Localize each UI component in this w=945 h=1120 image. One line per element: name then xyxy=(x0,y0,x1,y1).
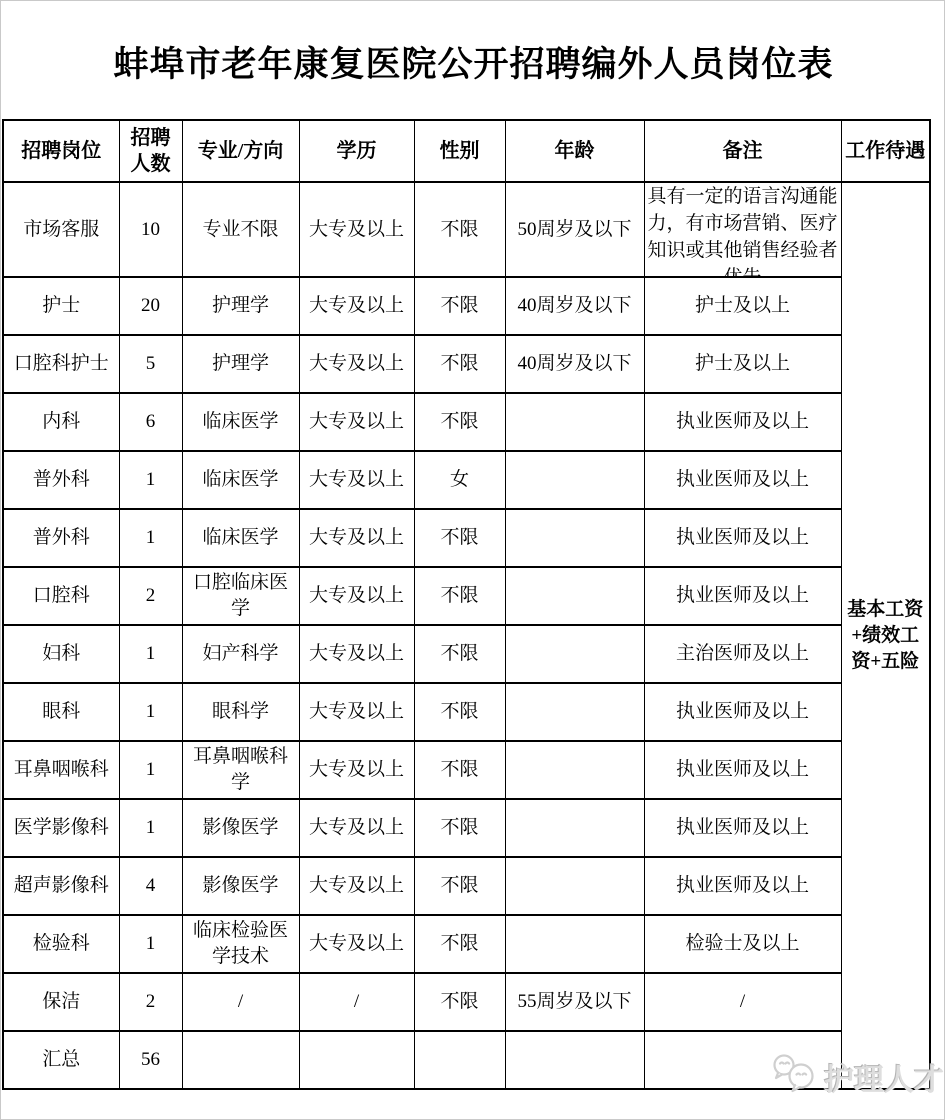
benefit-cell: 基本工资+绩效工资+五险 xyxy=(841,182,930,1089)
cell-major: 临床检验医学技术 xyxy=(182,915,299,973)
cell-major: 妇产科学 xyxy=(182,625,299,683)
col-header-remark: 备注 xyxy=(644,120,841,182)
cell-education: 大专及以上 xyxy=(299,182,414,277)
cell-major: 护理学 xyxy=(182,335,299,393)
cell-position: 耳鼻咽喉科 xyxy=(3,741,119,799)
cell-gender: 不限 xyxy=(414,509,505,567)
cell-remark: 具有一定的语言沟通能力，有市场营销、医疗知识或其他销售经验者优先 xyxy=(644,182,841,277)
cell-age xyxy=(505,915,644,973)
cell-age: 40周岁及以下 xyxy=(505,335,644,393)
cell-age xyxy=(505,451,644,509)
cell-major: 耳鼻咽喉科学 xyxy=(182,741,299,799)
col-header-benefit: 工作待遇 xyxy=(841,120,930,182)
cell-count: 6 xyxy=(119,393,182,451)
cell-major: 专业不限 xyxy=(182,182,299,277)
cell-position: 内科 xyxy=(3,393,119,451)
cell-age: 40周岁及以下 xyxy=(505,277,644,335)
cell-education: 大专及以上 xyxy=(299,683,414,741)
cell-education: 大专及以上 xyxy=(299,277,414,335)
cell-remark: 执业医师及以上 xyxy=(644,799,841,857)
cell-age xyxy=(505,1031,644,1089)
cell-age xyxy=(505,393,644,451)
cell-remark: 执业医师及以上 xyxy=(644,857,841,915)
cell-position: 口腔科护士 xyxy=(3,335,119,393)
table-row: 护士20护理学大专及以上不限40周岁及以下护士及以上 xyxy=(3,277,930,335)
cell-age xyxy=(505,567,644,625)
cell-gender: 不限 xyxy=(414,799,505,857)
cell-position: 保洁 xyxy=(3,973,119,1031)
cell-position: 超声影像科 xyxy=(3,857,119,915)
cell-remark: 执业医师及以上 xyxy=(644,567,841,625)
cell-gender: 不限 xyxy=(414,393,505,451)
cell-position: 医学影像科 xyxy=(3,799,119,857)
cell-count: 2 xyxy=(119,567,182,625)
cell-age xyxy=(505,683,644,741)
cell-age: 50周岁及以下 xyxy=(505,182,644,277)
cell-count: 5 xyxy=(119,335,182,393)
cell-gender: 不限 xyxy=(414,277,505,335)
cell-position: 普外科 xyxy=(3,451,119,509)
cell-position: 市场客服 xyxy=(3,182,119,277)
cell-education: 大专及以上 xyxy=(299,741,414,799)
cell-gender: 不限 xyxy=(414,741,505,799)
cell-education: 大专及以上 xyxy=(299,451,414,509)
cell-education: 大专及以上 xyxy=(299,915,414,973)
cell-gender: 不限 xyxy=(414,335,505,393)
col-header-education: 学历 xyxy=(299,120,414,182)
col-header-age: 年龄 xyxy=(505,120,644,182)
cell-gender: 不限 xyxy=(414,973,505,1031)
cell-major: 眼科学 xyxy=(182,683,299,741)
table-row: 医学影像科1影像医学大专及以上不限执业医师及以上 xyxy=(3,799,930,857)
cell-age: 55周岁及以下 xyxy=(505,973,644,1031)
header-row: 招聘岗位 招聘人数 专业/方向 学历 性别 年龄 备注 工作待遇 xyxy=(3,120,930,182)
table-row: 妇科1妇产科学大专及以上不限主治医师及以上 xyxy=(3,625,930,683)
table-row: 口腔科2口腔临床医学大专及以上不限执业医师及以上 xyxy=(3,567,930,625)
cell-gender: 女 xyxy=(414,451,505,509)
cell-count: 4 xyxy=(119,857,182,915)
cell-major: 口腔临床医学 xyxy=(182,567,299,625)
table-row: 市场客服10专业不限大专及以上不限50周岁及以下具有一定的语言沟通能力，有市场营… xyxy=(3,182,930,277)
table-row: 耳鼻咽喉科1耳鼻咽喉科学大专及以上不限执业医师及以上 xyxy=(3,741,930,799)
cell-gender: 不限 xyxy=(414,857,505,915)
cell-count: 1 xyxy=(119,451,182,509)
cell-count: 1 xyxy=(119,683,182,741)
cell-position: 护士 xyxy=(3,277,119,335)
cell-major: 影像医学 xyxy=(182,799,299,857)
col-header-position: 招聘岗位 xyxy=(3,120,119,182)
cell-major: 临床医学 xyxy=(182,509,299,567)
table-row: 检验科1临床检验医学技术大专及以上不限检验士及以上 xyxy=(3,915,930,973)
remark-text: 具有一定的语言沟通能力，有市场营销、医疗知识或其他销售经验者优先 xyxy=(648,183,838,276)
cell-count: 20 xyxy=(119,277,182,335)
cell-education: 大专及以上 xyxy=(299,335,414,393)
cell-remark: 执业医师及以上 xyxy=(644,393,841,451)
cell-remark: 检验士及以上 xyxy=(644,915,841,973)
cell-count: 1 xyxy=(119,915,182,973)
cell-remark: 执业医师及以上 xyxy=(644,451,841,509)
cell-remark: 护士及以上 xyxy=(644,335,841,393)
cell-position: 汇总 xyxy=(3,1031,119,1089)
cell-position: 眼科 xyxy=(3,683,119,741)
cell-count: 1 xyxy=(119,799,182,857)
cell-count: 56 xyxy=(119,1031,182,1089)
table-row: 保洁2//不限55周岁及以下/ xyxy=(3,973,930,1031)
cell-education: 大专及以上 xyxy=(299,393,414,451)
page-title: 蚌埠市老年康复医院公开招聘编外人员岗位表 xyxy=(1,37,945,87)
table-row: 汇总56 xyxy=(3,1031,930,1089)
table-row: 超声影像科4影像医学大专及以上不限执业医师及以上 xyxy=(3,857,930,915)
cell-age xyxy=(505,741,644,799)
cell-gender: 不限 xyxy=(414,625,505,683)
cell-position: 普外科 xyxy=(3,509,119,567)
table-row: 普外科1临床医学大专及以上不限执业医师及以上 xyxy=(3,509,930,567)
cell-remark: 主治医师及以上 xyxy=(644,625,841,683)
cell-count: 1 xyxy=(119,741,182,799)
cell-major xyxy=(182,1031,299,1089)
cell-gender: 不限 xyxy=(414,683,505,741)
cell-remark: / xyxy=(644,973,841,1031)
cell-education: 大专及以上 xyxy=(299,857,414,915)
cell-age xyxy=(505,799,644,857)
cell-age xyxy=(505,509,644,567)
col-header-major: 专业/方向 xyxy=(182,120,299,182)
cell-position: 妇科 xyxy=(3,625,119,683)
cell-position: 口腔科 xyxy=(3,567,119,625)
cell-count: 2 xyxy=(119,973,182,1031)
cell-remark xyxy=(644,1031,841,1089)
cell-age xyxy=(505,857,644,915)
cell-position: 检验科 xyxy=(3,915,119,973)
col-header-count: 招聘人数 xyxy=(119,120,182,182)
cell-gender: 不限 xyxy=(414,915,505,973)
table-row: 内科6临床医学大专及以上不限执业医师及以上 xyxy=(3,393,930,451)
table-body: 市场客服10专业不限大专及以上不限50周岁及以下具有一定的语言沟通能力，有市场营… xyxy=(3,182,930,1089)
cell-remark: 执业医师及以上 xyxy=(644,741,841,799)
cell-count: 1 xyxy=(119,509,182,567)
cell-major: 影像医学 xyxy=(182,857,299,915)
cell-remark: 护士及以上 xyxy=(644,277,841,335)
document-page: 蚌埠市老年康复医院公开招聘编外人员岗位表 招聘岗位 招聘人数 专业/方向 学历 … xyxy=(0,0,945,1120)
cell-major: 临床医学 xyxy=(182,393,299,451)
cell-gender: 不限 xyxy=(414,567,505,625)
col-header-gender: 性别 xyxy=(414,120,505,182)
cell-remark: 执业医师及以上 xyxy=(644,509,841,567)
cell-gender: 不限 xyxy=(414,182,505,277)
table-row: 口腔科护士5护理学大专及以上不限40周岁及以下护士及以上 xyxy=(3,335,930,393)
cell-major: / xyxy=(182,973,299,1031)
cell-gender xyxy=(414,1031,505,1089)
cell-education xyxy=(299,1031,414,1089)
table-row: 眼科1眼科学大专及以上不限执业医师及以上 xyxy=(3,683,930,741)
cell-major: 临床医学 xyxy=(182,451,299,509)
cell-education: 大专及以上 xyxy=(299,799,414,857)
recruitment-table: 招聘岗位 招聘人数 专业/方向 学历 性别 年龄 备注 工作待遇 市场客服10专… xyxy=(2,119,931,1090)
cell-education: / xyxy=(299,973,414,1031)
cell-count: 10 xyxy=(119,182,182,277)
cell-education: 大专及以上 xyxy=(299,509,414,567)
cell-education: 大专及以上 xyxy=(299,625,414,683)
cell-major: 护理学 xyxy=(182,277,299,335)
table-row: 普外科1临床医学大专及以上女执业医师及以上 xyxy=(3,451,930,509)
cell-count: 1 xyxy=(119,625,182,683)
cell-education: 大专及以上 xyxy=(299,567,414,625)
cell-remark: 执业医师及以上 xyxy=(644,683,841,741)
cell-age xyxy=(505,625,644,683)
